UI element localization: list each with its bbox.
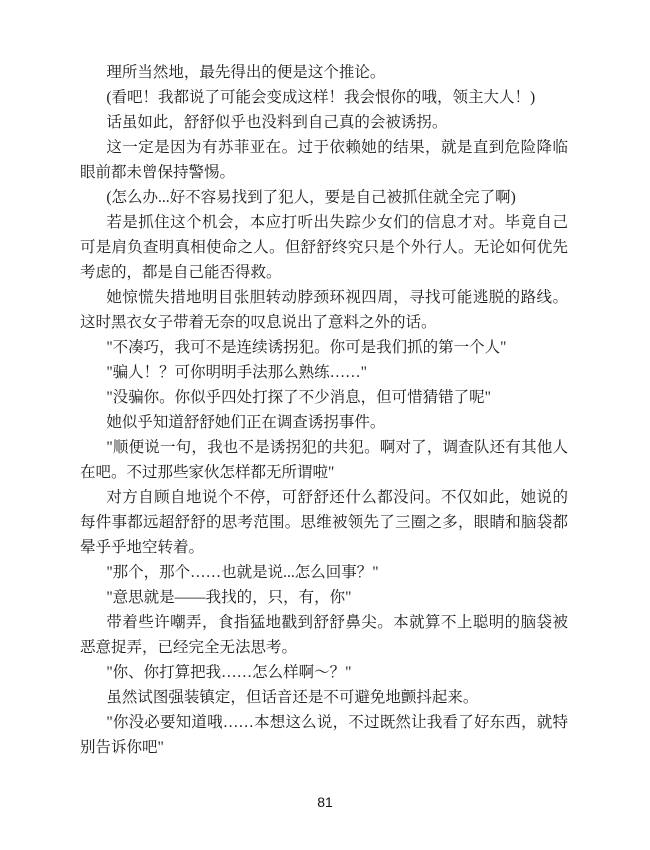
- paragraph: "不凑巧，我可不是连续诱拐犯。你可是我们抓的第一个人": [80, 335, 568, 360]
- paragraph: 话虽如此，舒舒似乎也没料到自己真的会被诱拐。: [80, 110, 568, 135]
- paragraph: 虽然试图强装镇定，但话音还是不可避免地颤抖起来。: [80, 685, 568, 710]
- paragraph: 对方自顾自地说个不停，可舒舒还什么都没问。不仅如此，她说的每件事都远超舒舒的思考…: [80, 485, 568, 560]
- paragraph: (看吧！我都说了可能会变成这样！我会恨你的哦，领主大人！): [80, 85, 568, 110]
- text-body: 理所当然地，最先得出的便是这个推论。(看吧！我都说了可能会变成这样！我会恨你的哦…: [80, 60, 568, 760]
- paragraph: (怎么办...好不容易找到了犯人，要是自己被抓住就全完了啊): [80, 185, 568, 210]
- paragraph: "你、你打算把我……怎么样啊～？": [80, 660, 568, 685]
- paragraph: "没骗你。你似乎四处打探了不少消息，但可惜猜错了呢": [80, 385, 568, 410]
- paragraph: 她惊慌失措地明目张胆转动脖颈环视四周，寻找可能逃脱的路线。这时黑衣女子带着无奈的…: [80, 285, 568, 335]
- document-page: 理所当然地，最先得出的便是这个推论。(看吧！我都说了可能会变成这样！我会恨你的哦…: [0, 0, 650, 850]
- paragraph: "你没必要知道哦……本想这么说，不过既然让我看了好东西，就特别告诉你吧": [80, 710, 568, 760]
- paragraph: "意思就是——我找的，只，有，你": [80, 585, 568, 610]
- paragraph: 这一定是因为有苏菲亚在。过于依赖她的结果，就是直到危险降临眼前都未曾保持警惕。: [80, 135, 568, 185]
- paragraph: "顺便说一句，我也不是诱拐犯的共犯。啊对了，调查队还有其他人在吧。不过那些家伙怎…: [80, 435, 568, 485]
- paragraph: "那个，那个……也就是说...怎么回事？": [80, 560, 568, 585]
- paragraph: 带着些许嘲弄，食指猛地戳到舒舒鼻尖。本就算不上聪明的脑袋被恶意捉弄，已经完全无法…: [80, 610, 568, 660]
- paragraph: 若是抓住这个机会，本应打听出失踪少女们的信息才对。毕竟自己可是肩负查明真相使命之…: [80, 210, 568, 285]
- page-number: 81: [0, 794, 650, 810]
- paragraph: "骗人！？可你明明手法那么熟练……": [80, 360, 568, 385]
- paragraph: 理所当然地，最先得出的便是这个推论。: [80, 60, 568, 85]
- paragraph: 她似乎知道舒舒她们正在调查诱拐事件。: [80, 410, 568, 435]
